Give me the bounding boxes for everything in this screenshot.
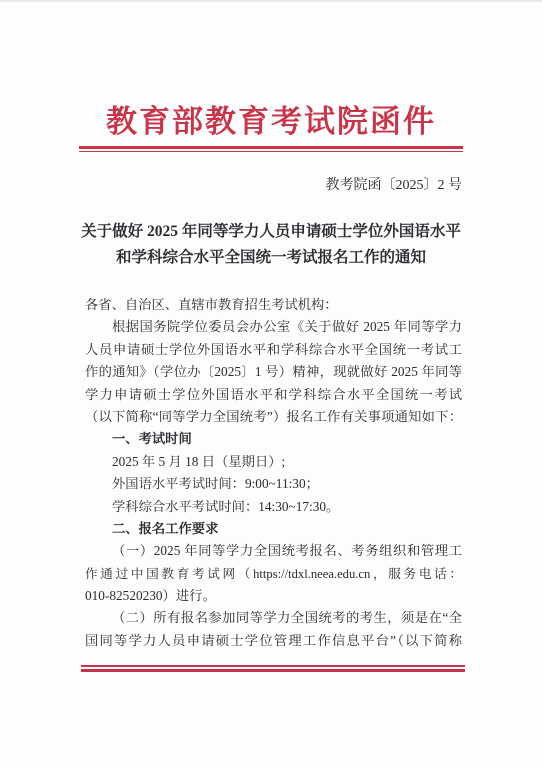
notice-title: 关于做好 2025 年同等学力人员申请硕士学位外国语水平 和学科综合水平全国统一… (60, 219, 482, 271)
body-line-subject-time: 学科综合水平考试时间：14:30~17:30。 (85, 496, 462, 518)
body-line: 根据国务院学位委员会办公室《关于做好 2025 年同等学力 (85, 316, 462, 338)
document-body: 各省、自治区、直辖市教育招生考试机构： 根据国务院学位委员会办公室《关于做好 2… (85, 294, 462, 652)
rule-thin-line (79, 151, 463, 153)
rule-thin-line (81, 665, 465, 667)
rule-thick-line (81, 669, 465, 672)
red-double-rule-bottom (81, 665, 465, 672)
body-line: 作的通知》（学位办〔2025〕1 号）精神，现就做好 2025 年同等 (85, 361, 462, 383)
body-line: （一）2025 年同等学力全国统考报名、考务组织和管理工 (85, 540, 462, 562)
body-line: 学力申请硕士学位外国语水平和学科综合水平全国统一考试 (85, 384, 462, 406)
body-line-website: 作通过中国教育考试网（https://tdxl.neea.edu.cn，服务电话… (85, 563, 462, 585)
body-line-foreign-lang-time: 外国语水平考试时间：9:00~11:30； (85, 473, 462, 495)
section-heading-exam-time: 一、考试时间 (85, 428, 462, 450)
document-number: 教考院函〔2025〕2 号 (326, 177, 463, 195)
body-line: 国同等学力人员申请硕士学位管理工作信息平台”（以下简称 (85, 630, 462, 652)
body-line: （以下简称“同等学力全国统考”）报名工作有关事项通知如下： (85, 406, 462, 428)
red-double-rule-top (79, 146, 463, 152)
rule-thick-line (79, 146, 463, 149)
body-line: （二）所有报名参加同等学力全国统考的考生，须是在“全 (85, 607, 462, 629)
notice-title-line2: 和学科综合水平全国统一考试报名工作的通知 (60, 245, 482, 271)
body-line-phone: 010-82520230）进行。 (85, 585, 462, 607)
notice-title-line1: 关于做好 2025 年同等学力人员申请硕士学位外国语水平 (60, 219, 482, 245)
document-page: 教育部教育考试院函件 教考院函〔2025〕2 号 关于做好 2025 年同等学力… (0, 0, 542, 768)
scan-edge-artifact (0, 0, 542, 2)
letterhead-title: 教育部教育考试院函件 (0, 102, 542, 142)
section-heading-registration: 二、报名工作要求 (85, 518, 462, 540)
body-line: 人员申请硕士学位外国语水平和学科综合水平全国统一考试工 (85, 339, 462, 361)
body-line-salutation: 各省、自治区、直辖市教育招生考试机构： (85, 294, 462, 316)
body-line-exam-date: 2025 年 5 月 18 日（星期日）; (85, 451, 462, 473)
